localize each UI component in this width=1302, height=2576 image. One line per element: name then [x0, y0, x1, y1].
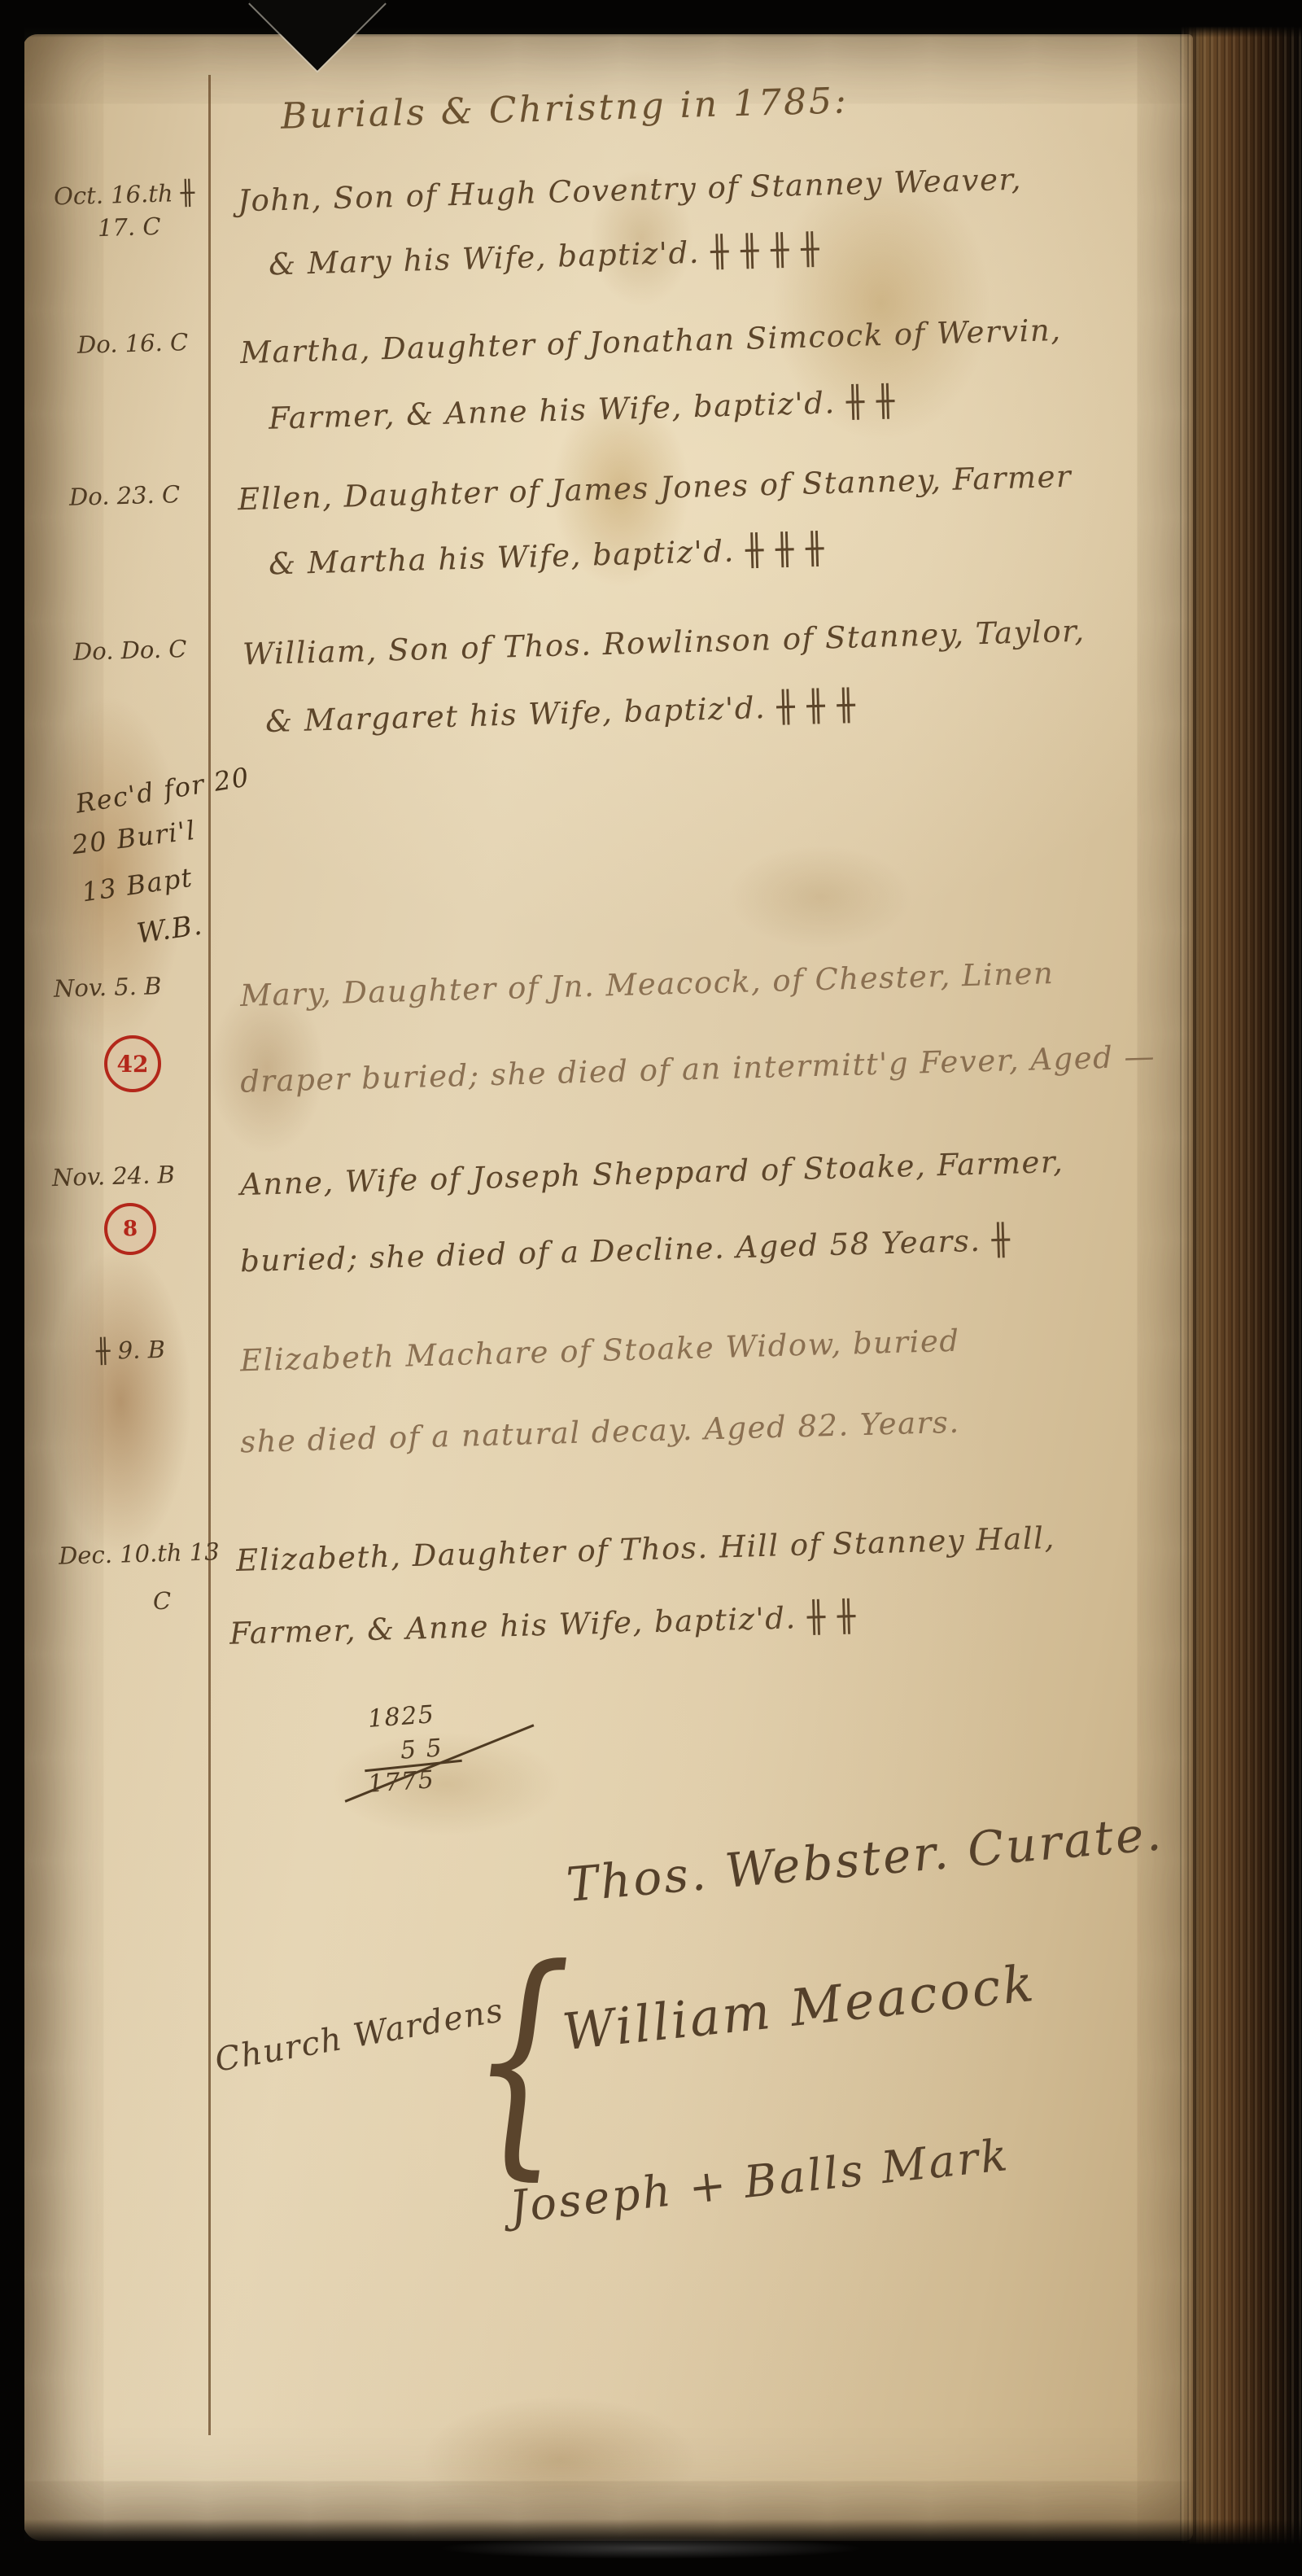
table-sliver — [439, 2538, 863, 2559]
photo-top-edge — [0, 0, 1302, 37]
register-photo: Burials & Christng in 1785: Oct. 16.th ╫… — [0, 0, 1302, 2576]
arithmetic-line: 1825 — [367, 1700, 436, 1734]
entry-date: Nov. 5. B — [54, 972, 162, 1003]
book-spine-edge — [1180, 0, 1302, 2576]
margin-rule-line — [208, 75, 211, 2435]
entry-date: Oct. 16.th ╫ — [54, 179, 195, 211]
entry-date: C — [153, 1587, 172, 1616]
arithmetic-line: 5 5 — [400, 1734, 444, 1765]
entry-date: Do. 16. C — [77, 328, 189, 359]
entry-date: 17. C — [98, 212, 161, 242]
entry-date: ╫ 9. B — [96, 1336, 166, 1365]
photo-left-edge — [0, 0, 24, 2576]
red-folio-number: 42 — [104, 1035, 161, 1092]
entry-date: Do. 23. C — [69, 480, 181, 511]
red-folio-number: 8 — [104, 1203, 156, 1255]
entry-date: Dec. 10.th 13 — [59, 1537, 221, 1570]
wardens-brace: { — [471, 1921, 573, 2198]
entry-date: Do. Do. C — [73, 635, 187, 666]
page-leaves-texture — [1180, 0, 1302, 2576]
entry-date: Nov. 24. B — [52, 1161, 176, 1192]
